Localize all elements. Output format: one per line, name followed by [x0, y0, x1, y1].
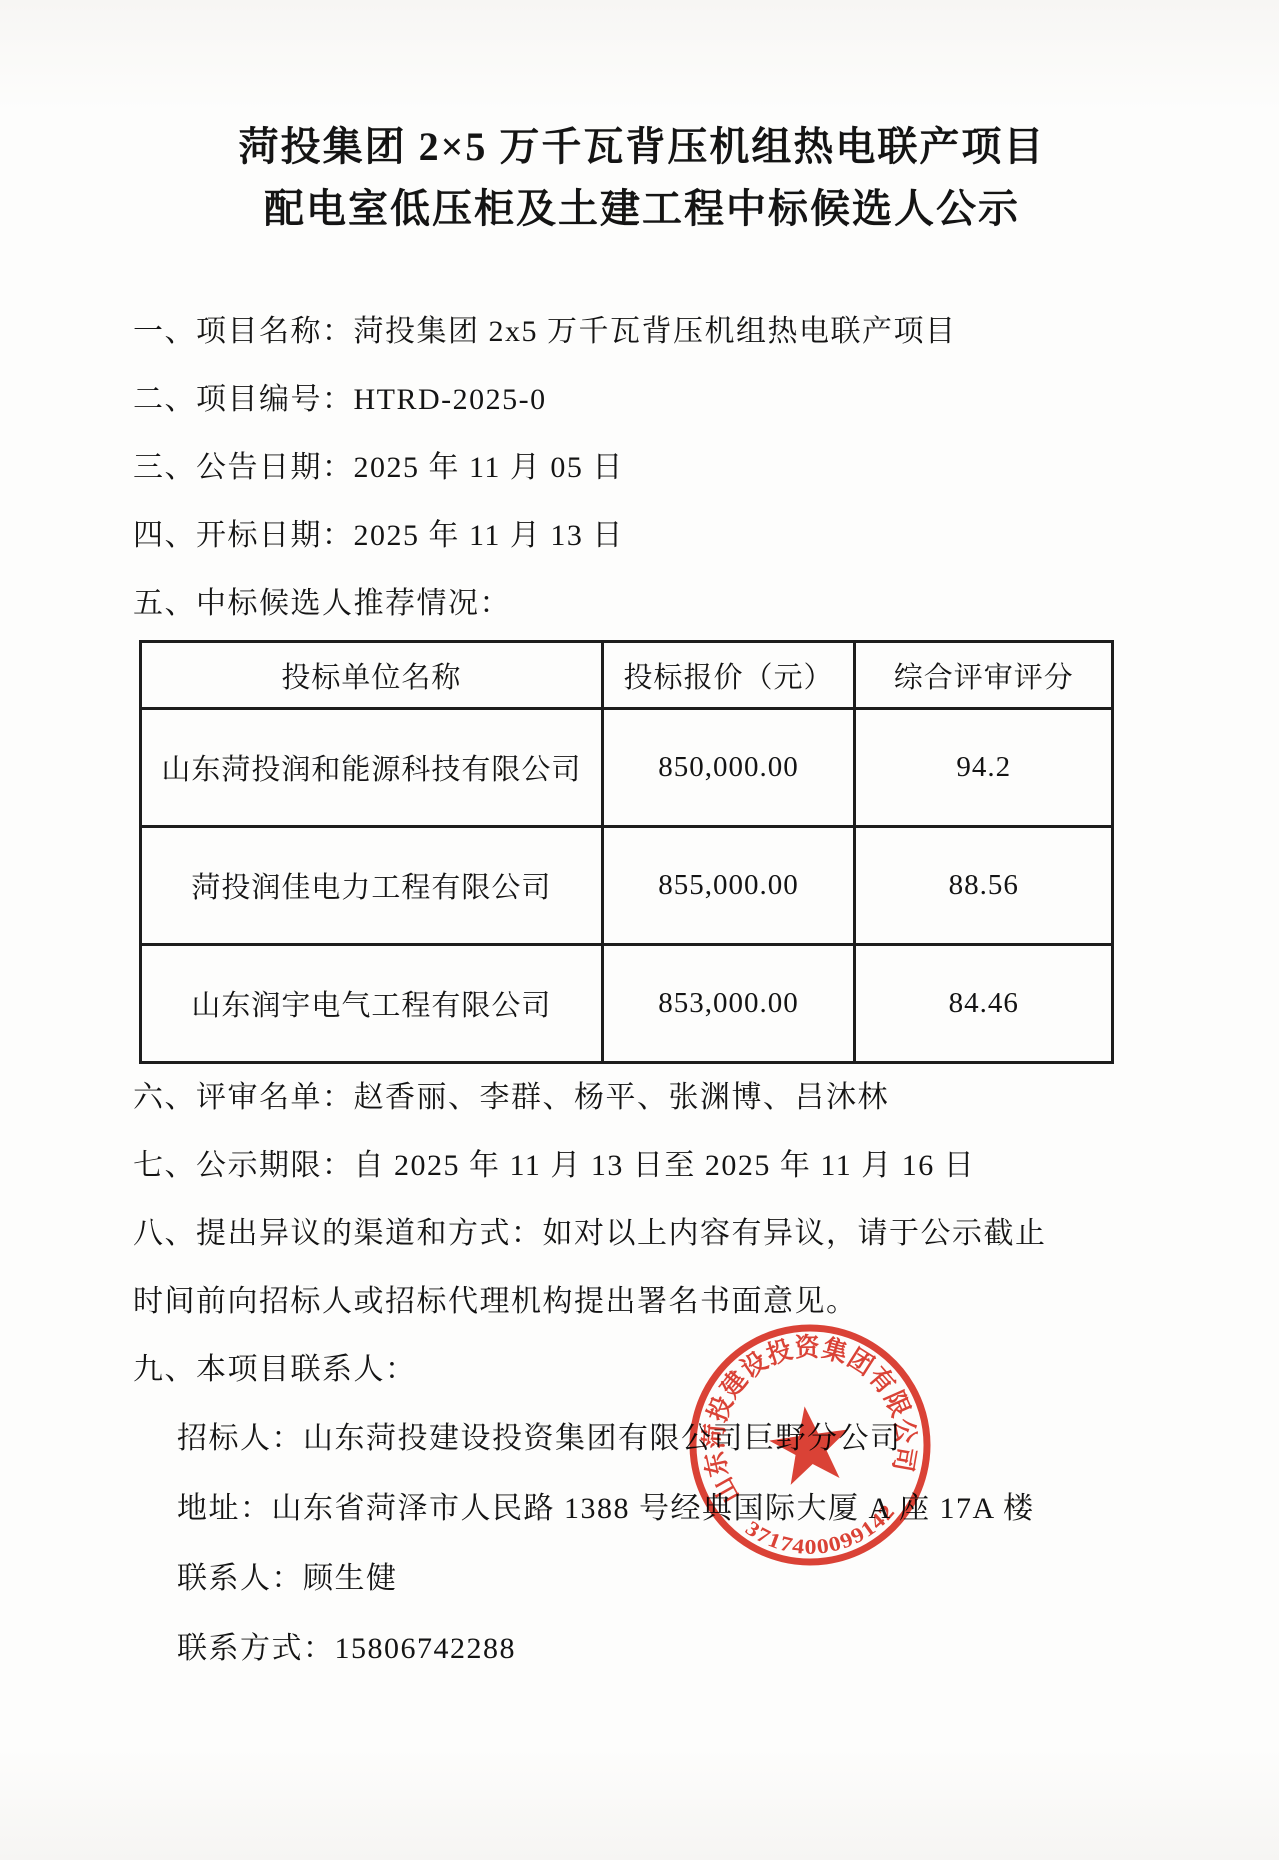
cell-review-score: 84.46 — [855, 945, 1113, 1063]
cell-review-score: 88.56 — [855, 827, 1113, 945]
cell-bid-price: 855,000.00 — [602, 827, 855, 945]
item-announce-date: 三、公告日期：2025 年 11 月 05 日 — [133, 434, 1151, 502]
item-review-panel: 六、评审名单：赵香丽、李群、杨平、张渊博、吕沐林 — [133, 1064, 1151, 1132]
table-row: 菏投润佳电力工程有限公司 855,000.00 88.56 — [141, 827, 1113, 945]
cell-bidder-name: 山东菏投润和能源科技有限公司 — [141, 709, 603, 827]
cell-bidder-name: 菏投润佳电力工程有限公司 — [141, 827, 603, 945]
contact-address: 地址：山东省菏泽市人民路 1388 号经典国际大厦 A 座 17A 楼 — [133, 1474, 1151, 1544]
document-title-line2: 配电室低压柜及土建工程中标候选人公示 — [133, 178, 1151, 240]
item-project-number: 二、项目编号：HTRD-2025-0 — [133, 366, 1151, 434]
header-bid-price: 投标报价（元） — [602, 642, 855, 709]
item-project-name: 一、项目名称：菏投集团 2x5 万千瓦背压机组热电联产项目 — [133, 298, 1151, 366]
cell-bid-price: 853,000.00 — [602, 945, 855, 1063]
document-title: 菏投集团 2×5 万千瓦背压机组热电联产项目 配电室低压柜及土建工程中标候选人公… — [133, 116, 1151, 240]
document-title-line1: 菏投集团 2×5 万千瓦背压机组热电联产项目 — [133, 116, 1151, 178]
item-objection-line2: 时间前向招标人或招标代理机构提出署名书面意见。 — [133, 1268, 1151, 1336]
item-contacts-heading: 九、本项目联系人： — [133, 1336, 1151, 1404]
table-row: 山东润宇电气工程有限公司 853,000.00 84.46 — [141, 945, 1113, 1063]
bid-candidates-table: 投标单位名称 投标报价（元） 综合评审评分 山东菏投润和能源科技有限公司 850… — [139, 640, 1114, 1064]
header-review-score: 综合评审评分 — [855, 642, 1113, 709]
notice-document: 菏投集团 2×5 万千瓦背压机组热电联产项目 配电室低压柜及土建工程中标候选人公… — [0, 0, 1279, 1860]
cell-bidder-name: 山东润宇电气工程有限公司 — [141, 945, 603, 1063]
contact-phone: 联系方式：15806742288 — [133, 1614, 1151, 1684]
table-header-row: 投标单位名称 投标报价（元） 综合评审评分 — [141, 642, 1113, 709]
cell-review-score: 94.2 — [855, 709, 1113, 827]
item-candidates-heading: 五、中标候选人推荐情况： — [133, 570, 1151, 638]
contact-person: 联系人：顾生健 — [133, 1544, 1151, 1614]
contact-bidder: 招标人：山东菏投建设投资集团有限公司巨野分公司 — [133, 1404, 1151, 1474]
item-objection-line1: 八、提出异议的渠道和方式：如对以上内容有异议，请于公示截止 — [133, 1200, 1151, 1268]
table-row: 山东菏投润和能源科技有限公司 850,000.00 94.2 — [141, 709, 1113, 827]
item-publicity-period: 七、公示期限：自 2025 年 11 月 13 日至 2025 年 11 月 1… — [133, 1132, 1151, 1200]
cell-bid-price: 850,000.00 — [602, 709, 855, 827]
item-opening-date: 四、开标日期：2025 年 11 月 13 日 — [133, 502, 1151, 570]
header-bidder-name: 投标单位名称 — [141, 642, 603, 709]
